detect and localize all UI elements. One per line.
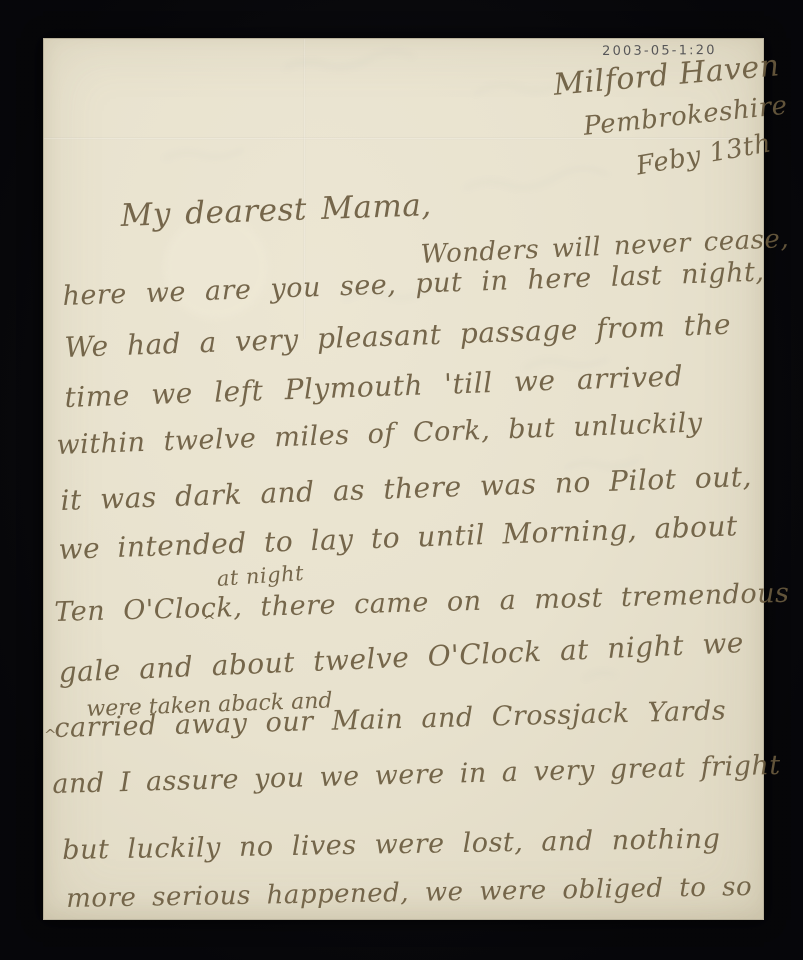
caret-mark-1: ^ bbox=[203, 612, 216, 630]
letter-photograph: 2003-05-1:20 Milford Haven Pembrokeshire… bbox=[0, 0, 803, 960]
caret-mark-2: ^ bbox=[44, 726, 57, 744]
horizontal-fold-crease bbox=[44, 137, 763, 140]
